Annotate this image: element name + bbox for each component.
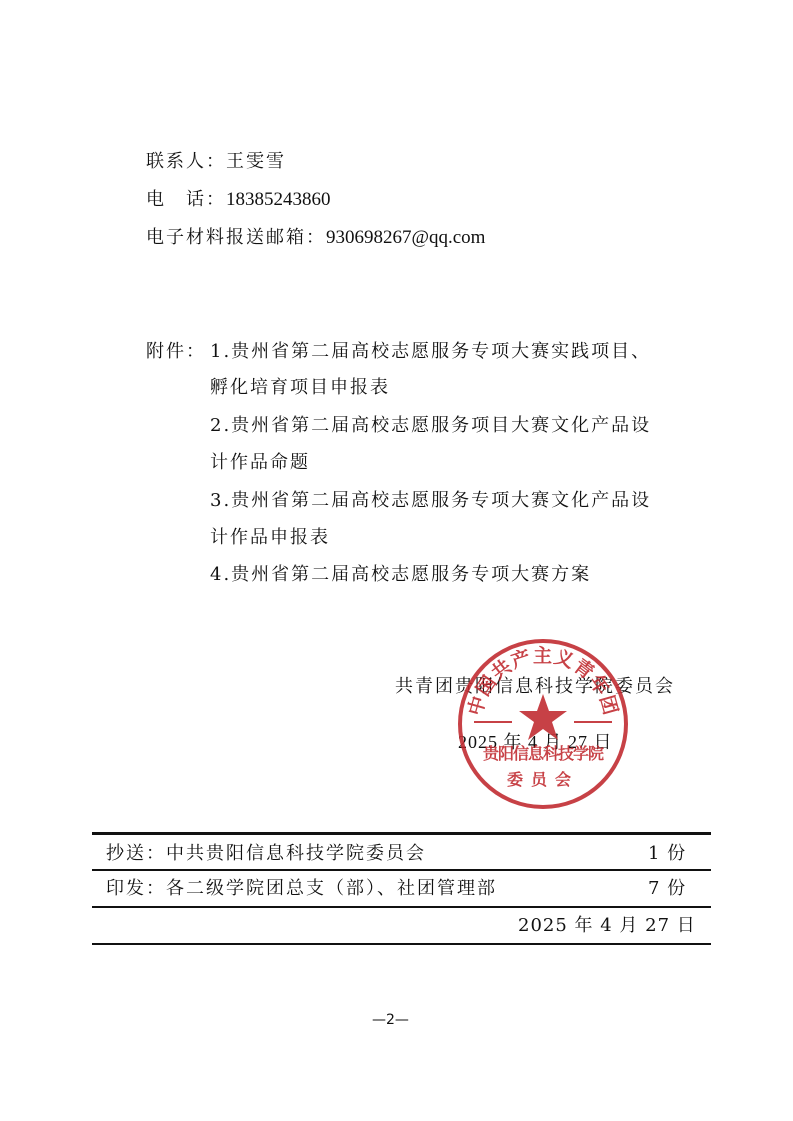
seal-inner-line1: 贵阳信息科技学院 <box>470 741 616 764</box>
contact-phone-label: 电 话： <box>146 189 226 210</box>
issue-row: 印发：各二级学院团总支（部）、社团管理部 <box>106 877 497 901</box>
cc-row: 抄送：中共贵阳信息科技学院委员会 <box>106 842 426 866</box>
attachment-item-2-line2: 计作品命题 <box>210 451 310 475</box>
attachment-item-4-line1: 4.贵州省第二届高校志愿服务专项大赛方案 <box>210 563 591 587</box>
seal-left-bar <box>474 721 512 723</box>
issue-label: 印发： <box>106 878 166 899</box>
attachments-label: 附件： <box>146 340 206 364</box>
issue-value: 各二级学院团总支（部）、社团管理部 <box>166 878 497 899</box>
contact-email-label: 电子材料报送邮箱： <box>146 227 326 248</box>
seal-right-bar <box>574 721 612 723</box>
contact-email-value: 930698267@qq.com <box>326 227 485 248</box>
star-icon <box>518 693 568 741</box>
contact-phone-value: 18385243860 <box>226 189 331 210</box>
cc-copies: 1 份 <box>648 842 686 866</box>
contact-email: 电子材料报送邮箱：930698267@qq.com <box>146 226 485 250</box>
cc-value: 中共贵阳信息科技学院委员会 <box>166 843 426 864</box>
attachment-item-1-line2: 孵化培育项目申报表 <box>210 376 390 400</box>
attachment-item-1-line1: 1.贵州省第二届高校志愿服务专项大赛实践项目、 <box>210 340 651 364</box>
contact-person-name: 王雯雪 <box>226 151 286 172</box>
issue-copies: 7 份 <box>648 877 686 901</box>
rule-lower <box>92 906 711 908</box>
contact-person-label: 联系人： <box>146 151 226 172</box>
cc-label: 抄送： <box>106 843 166 864</box>
attachment-item-3-line2: 计作品申报表 <box>210 526 330 550</box>
contact-person: 联系人：王雯雪 <box>146 150 286 174</box>
contact-phone: 电 话：18385243860 <box>146 188 331 212</box>
official-seal: 中国共产主义青年团 贵阳信息科技学院 委员会 <box>458 639 628 809</box>
attachment-item-2-line1: 2.贵州省第二届高校志愿服务项目大赛文化产品设 <box>210 414 651 438</box>
seal-inner-line2: 委员会 <box>470 767 616 790</box>
issue-date: 2025 年 4 月 27 日 <box>518 914 696 938</box>
rule-top <box>92 832 711 835</box>
attachment-item-3-line1: 3.贵州省第二届高校志愿服务专项大赛文化产品设 <box>210 489 651 513</box>
rule-bottom <box>92 943 711 945</box>
rule-middle <box>92 869 711 871</box>
page-number: —2— <box>372 1012 409 1028</box>
